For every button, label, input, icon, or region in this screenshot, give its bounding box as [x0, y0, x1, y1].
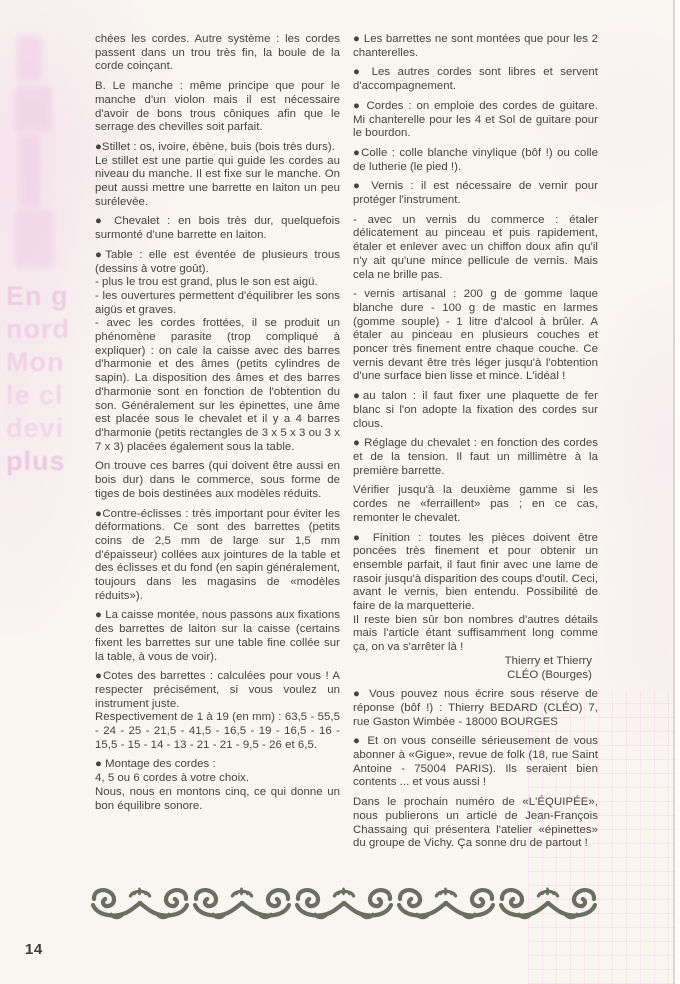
paragraph: Thierry et Thierry	[353, 655, 598, 669]
paragraph: ● Cordes : on emploie des cordes de guit…	[353, 100, 598, 141]
showthrough-block	[15, 210, 54, 268]
paragraph: ●Contre-éclisses : très important pour é…	[95, 508, 340, 604]
paragraph: ● La caisse montée, nous passons aux fix…	[95, 609, 340, 664]
paragraph: Le stillet est une partie qui guide les …	[95, 155, 340, 210]
showthrough-block	[15, 86, 52, 132]
showthrough-word: plus	[6, 448, 96, 474]
paragraph: ● Vous pouvez nous écrire sous réserve d…	[353, 688, 598, 729]
paragraph: ●au talon : il faut fixer une plaquette …	[353, 390, 598, 431]
showthrough-word: le cl	[6, 382, 96, 408]
left-column: chées les cordes. Autre système : les co…	[95, 33, 340, 851]
paragraph: Dans le prochain numéro de «L'ÉQUIPÉE», …	[353, 796, 598, 851]
paragraph: ● Et on vous conseille sérieusement de v…	[353, 735, 598, 790]
paragraph: ● Réglage du chevalet : en fonction des …	[353, 437, 598, 478]
paragraph: - avec un vernis du commerce : étaler dé…	[353, 214, 598, 283]
paragraph: ●Stillet : os, ivoire, ébène, buis (bois…	[95, 141, 340, 155]
paragraph: On trouve ces barres (qui doivent être a…	[95, 460, 340, 501]
paragraph: Vérifier jusqu'à la deuxième gamme si le…	[353, 484, 598, 525]
paragraph: - les ouvertures permettent d'équilibrer…	[95, 290, 340, 317]
paragraph: ●Colle : colle blanche vinylique (bôf !)…	[353, 147, 598, 174]
showthrough-word: devi	[6, 415, 96, 441]
article-body: chées les cordes. Autre système : les co…	[95, 33, 598, 851]
paragraph: ●Cotes des barrettes : calculées pour vo…	[95, 670, 340, 711]
paragraph: Il reste bien sûr bon nombres d'autres d…	[353, 614, 598, 655]
scan-edge-line	[673, 0, 675, 984]
paragraph: - plus le trou est grand, plus le son es…	[95, 276, 340, 290]
showthrough-word: Mon	[6, 349, 96, 375]
paragraph: CLÉO (Bourges)	[353, 669, 598, 683]
paragraph: ● Les barrettes ne sont montées que pour…	[353, 33, 598, 60]
paragraph: ● Montage des cordes :	[95, 758, 340, 772]
paragraph: - avec les cordes frottées, il se produi…	[95, 317, 340, 454]
showthrough-word: En g	[6, 283, 96, 309]
paragraph: Nous, nous en montons cinq, ce qui donne…	[95, 786, 340, 813]
paragraph: Respectivement de 1 à 19 (en mm) : 63,5 …	[95, 711, 340, 752]
showthrough-block	[17, 36, 42, 82]
scroll-flourish-ornament-icon	[89, 885, 599, 921]
showthrough-text: En gnordMonle cldeviplus	[6, 283, 96, 481]
scanned-page: En gnordMonle cldeviplus chées les corde…	[0, 0, 680, 984]
showthrough-word: nord	[6, 316, 96, 342]
page-number: 14	[25, 941, 43, 958]
paragraph: ●Table : elle est éventée de plusieurs t…	[95, 249, 340, 276]
paragraph: - vernis artisanal : 200 g de gomme laqu…	[353, 288, 598, 384]
showthrough-block	[19, 134, 40, 208]
scan-right-margin	[675, 0, 680, 984]
paragraph: ● Les autres cordes sont libres et serve…	[353, 66, 598, 93]
paragraph: B. Le manche : même principe que pour le…	[95, 80, 340, 135]
paragraph: ● Finition : toutes les pièces doivent ê…	[353, 532, 598, 614]
paragraph: ● Chevalet : en bois très dur, quelquefo…	[95, 215, 340, 242]
paragraph: chées les cordes. Autre système : les co…	[95, 33, 340, 74]
right-column: ● Les barrettes ne sont montées que pour…	[353, 33, 598, 851]
paragraph: 4, 5 ou 6 cordes à votre choix.	[95, 772, 340, 786]
paragraph: ● Vernis : il est nécessaire de vernir p…	[353, 180, 598, 207]
